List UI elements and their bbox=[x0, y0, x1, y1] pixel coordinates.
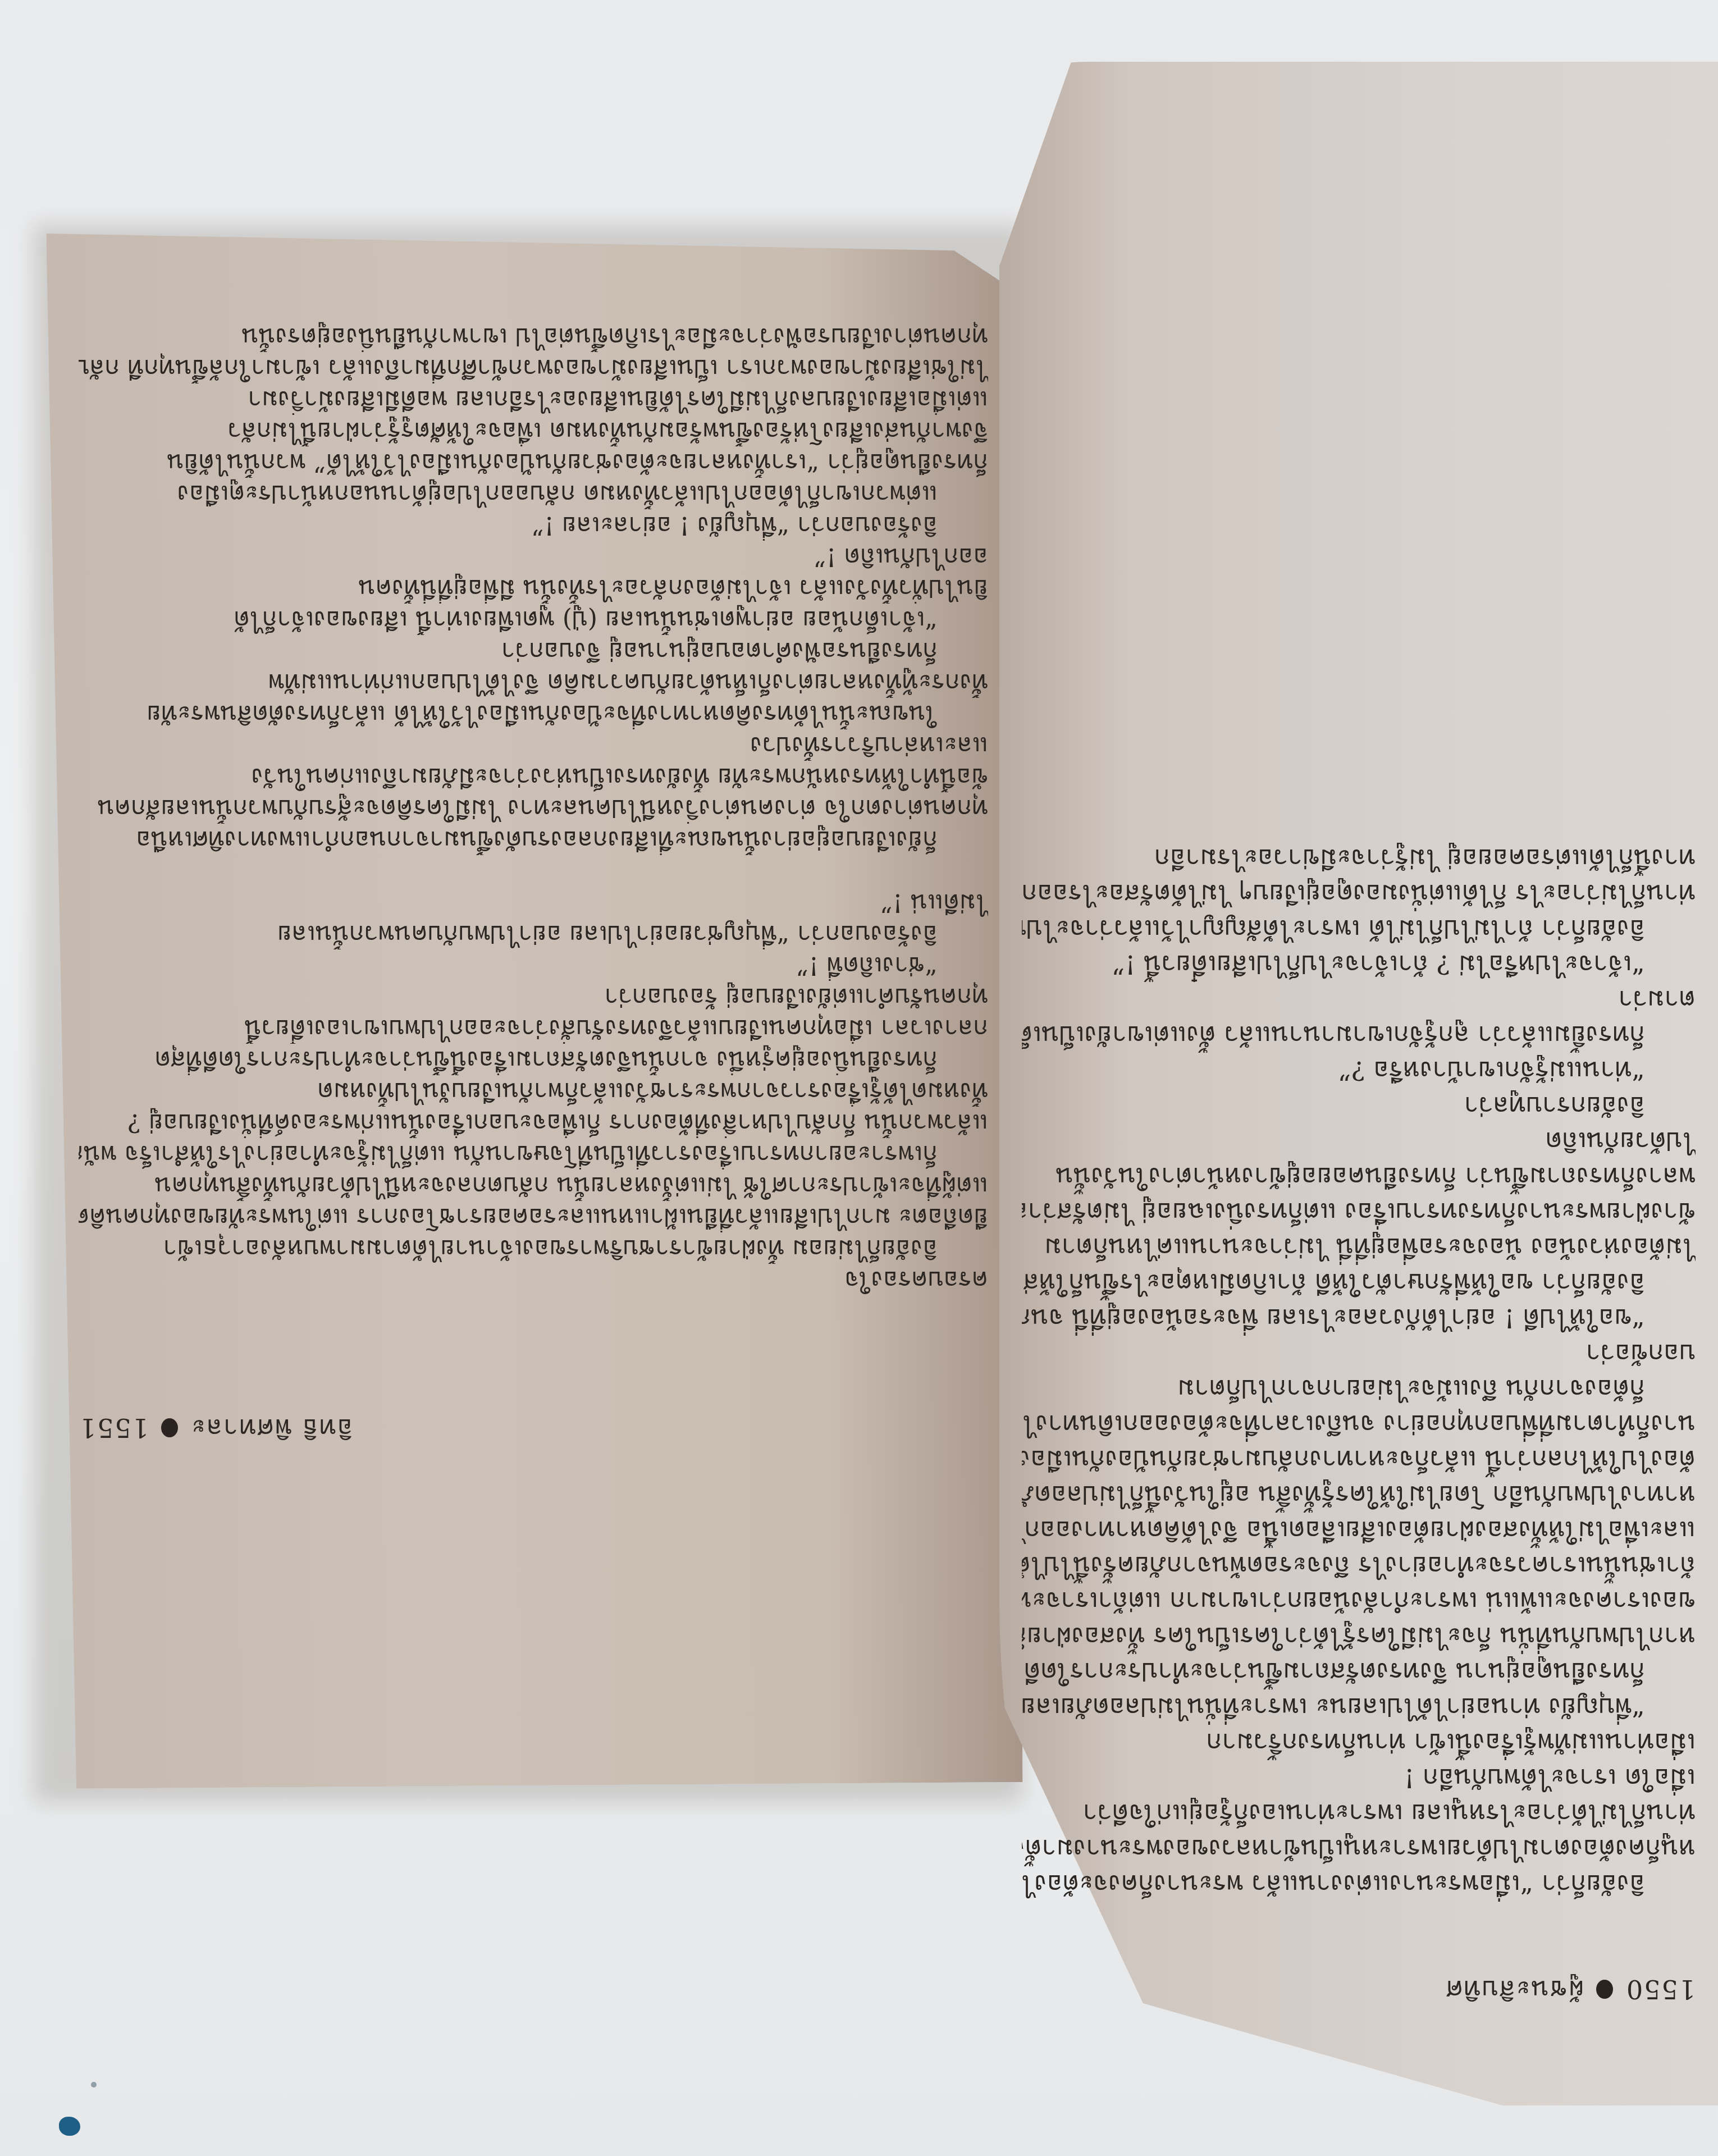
text-line: ทุกคนรับคำแต่ยังเงียบอยู่ ร้องบอกว่า bbox=[79, 981, 988, 1012]
text-line: ทั้งหมดได้รู้เรื่องราวจากพระราชวังแล้วก็… bbox=[79, 1075, 988, 1107]
text-line: ก็ทรงยืนนิ่งอยู่ครู่หนึ่ง จากนั้นจึงตรัส… bbox=[79, 1044, 988, 1075]
text-line: ของเราคงจะแพ้แน่ เพราะกำลังน้อยกว่าเขามา… bbox=[1022, 1583, 1696, 1619]
text-line: ครอบครองใจ bbox=[79, 1264, 988, 1295]
bullet-icon bbox=[161, 1419, 178, 1438]
text-line bbox=[79, 855, 988, 887]
text-line: ถ้าเช่นนั้นเราควรจะทำอย่างไร ถึงจะรอดพ้น… bbox=[1022, 1548, 1696, 1583]
text-line: ก็ยังเงียบอยู่อย่างนั้นขณะที่เสียงกลองรบ… bbox=[79, 824, 988, 855]
text-line: “ช่างเถิดพี่ !” bbox=[79, 949, 988, 981]
text-line: ทางนี้ก็ได้แต่รอคอยอยู่ ไม่รู้ว่าจะมีข่า… bbox=[1022, 841, 1696, 876]
text-line: ยินไปทั่วทั้งวังแล้ว เจ้าไม่ต้องกลัวอะไร… bbox=[79, 572, 988, 604]
right-header-title: ผู้ชนะสิบทิศ bbox=[1445, 1969, 1584, 2010]
left-page-number: 1551 bbox=[79, 1413, 149, 1444]
text-line: “เจ้าเด็กน้อย อย่าพูดเช่นนั้นเลย (ปู่) พ… bbox=[79, 604, 988, 635]
text-line: อิงอัยก็ไม่ยอม ทั้งฝ่ายข้าราชบริพารของเจ… bbox=[79, 1232, 988, 1264]
text-line: อิงอัยกราบทูลว่า bbox=[1022, 1088, 1696, 1123]
left-header-title: อิทธิ พิศทาละ bbox=[190, 1408, 353, 1449]
text-line: “ขอให้ไปดี ! อย่าได้กังวลอะไรเลย พี่จะรอ… bbox=[1022, 1300, 1696, 1336]
text-line: ข้างฝ่ายพระนางก็ทรงทราบเรื่อง แต่ก็ทรงนิ… bbox=[1022, 1194, 1696, 1230]
text-line: ไม่ดีแน่ !” bbox=[79, 887, 988, 918]
text-line: อิงอัยก็ว่า ขอให้พี่รักษาตัวให้ดี ถ้าเกิ… bbox=[1022, 1265, 1696, 1300]
text-line: ก็ทรงยืนดูอยู่ว่า “เราทั้งหลายจะต้องช่วย… bbox=[79, 446, 988, 478]
text-line: แล้วพวกนั้น ก็กลับไปหาสิ่งที่ต้องการ ก็เ… bbox=[79, 1107, 988, 1138]
left-running-head: อิทธิ พิศทาละ 1551 bbox=[79, 1408, 988, 1449]
text-line: แต่ผู้ที่จะเข้าประกาศใช้ ไม่แต่งั้งหลายน… bbox=[79, 1170, 988, 1201]
text-line: ก็เพราะอยากทราบเรื่องราวที่เป็นที่โจษขาน… bbox=[79, 1138, 988, 1170]
text-line: แต่เมื่อเสียงเงียบลงก็ไม่มีใครได้ยินเสีย… bbox=[79, 383, 988, 415]
text-line: ไปด้วยกันเถิด bbox=[1022, 1123, 1696, 1159]
right-body-text: อิงอัยก็ว่า “เมื่อพระนางแต่งงานแล้ว พระน… bbox=[1022, 841, 1696, 1902]
text-line: ท่านก็ไม่ได้ว่าอะไรหนูเลย เพราะท่านเองก็… bbox=[1022, 1796, 1696, 1831]
text-line: “ท่านแม่รู้จักเขาบ้างหรือ ?” bbox=[1022, 1053, 1696, 1088]
text-line: หาทางไปพบกันอีก โดยไม่ให้ใครรู้ทั้งสิ้น … bbox=[1022, 1477, 1696, 1513]
text-line: เมื่อใด เราจะได้พบกันอีก ! bbox=[1022, 1760, 1696, 1796]
text-line: ทุกคนต่างตกใจ ต่างคนต่างวิ่งหนีไปคนละทาง… bbox=[79, 792, 988, 824]
text-line: นางก็ทำตามที่พี่บอกทุกอย่าง จนถึงเวลาที่… bbox=[1022, 1406, 1696, 1442]
text-line: พลางก็ทรงถามขึ้นว่า ก็ทรงยืนคอยอยู่ข้างห… bbox=[1022, 1159, 1696, 1194]
text-line: ในขณะนั้นได้ทรงคิดหาทางที่จะป้องกันเมือง… bbox=[79, 698, 988, 729]
text-line: อิงอัยก็ว่า “เมื่อพระนางแต่งงานแล้ว พระน… bbox=[1022, 1866, 1696, 1902]
text-line: กลางเวลา เมื่อทุกคนเงียบแล้วจึงทรงรับสั่… bbox=[79, 1012, 988, 1044]
text-line: ทุกคนต่างเงียบรอฟังว่าจะมีอะไรเกิดขึ้นต่… bbox=[79, 321, 988, 352]
text-line: ไม่ต้องห่วงน้อง น้องจะรอพี่อยู่ที่นี่ ไม… bbox=[1022, 1230, 1696, 1265]
text-line: บอกข้อว่า bbox=[1022, 1336, 1696, 1371]
ink-speck bbox=[91, 2082, 97, 2088]
text-line: หนูก็คงต้องตามไปด้วยเพราะหนูเป็นข้าหลวงข… bbox=[1022, 1831, 1696, 1866]
text-line: เมื่อท่านแม่ทัพรู้เรื่องนี้เข้า ท่านก็ทร… bbox=[1022, 1725, 1696, 1760]
text-line: ก็ทรงยืนดูอยู่นาน จึงทรงตรัสถามขึ้นว่าจะ… bbox=[1022, 1654, 1696, 1689]
text-line: ยืดถือตะ มากไปเสียแล้วที่ยืนเฝ้าแหนและรอ… bbox=[79, 1201, 988, 1232]
text-line: ต้องไปให้ไกลกว่านี้ แล้วก็จะหาทางกลับมาช… bbox=[1022, 1442, 1696, 1477]
text-line: ก็ทรงยืนรอฟังคำตอบอยู่นานอยู่ จึงบอกว่า bbox=[79, 635, 988, 666]
left-body-text: ครอบครองใจอิงอัยก็ไม่ยอม ทั้งฝ่ายข้าราชบ… bbox=[79, 321, 988, 1295]
bullet-icon bbox=[1596, 1980, 1613, 1999]
text-line: ก็ต้องจากกัน ถึงแม้จะไม่อยากจากไปก็ตาม bbox=[1022, 1371, 1696, 1406]
text-line: ข้อนี้ทำให้ทรงหนักพระทัย ทั้งยังทรงเป็นห… bbox=[79, 761, 988, 792]
right-page-content: 1550 ผู้ชนะสิบทิศ อิงอัยก็ว่า “เมื่อพระน… bbox=[1022, 202, 1696, 2010]
ink-stain bbox=[59, 2117, 80, 2136]
text-line: ออกไปกันเถิด !” bbox=[79, 541, 988, 572]
text-line: จึงพากันส่งเสียงโห่ร้องขึ้นพร้อมกันทั้งห… bbox=[79, 415, 988, 446]
text-line: “พี่บุญยัง ท่านอย่าได้ไปเลยนะ เพราะที่นั… bbox=[1022, 1689, 1696, 1725]
text-line: หากไปพบกันที่นั่น ก็จะไม่มีใครรู้ได้ว่าใ… bbox=[1022, 1619, 1696, 1654]
text-line: อิงร้องบอกว่า “พี่บุญยัง ! อย่าละเลย !” bbox=[79, 509, 988, 541]
right-page-number: 1550 bbox=[1625, 1975, 1696, 2005]
right-running-head: 1550 ผู้ชนะสิบทิศ bbox=[1022, 1969, 1696, 2010]
text-line: และเพื่อไม่ให้ทั้งสองฝ่ายต้องเสียเลือดเน… bbox=[1022, 1513, 1696, 1548]
text-line: อิงอัยก็ว่า ถ้าไม่ไปก็ไม่ได้ เพราะได้สัญ… bbox=[1022, 911, 1696, 947]
text-line: ทั้งกระทู้ทั้งหลายต่างก็เห็นด้วยกับความค… bbox=[79, 666, 988, 698]
text-line: “เจ้าจะไปหรือไม่ ? ถ้าเจ้าจะไปก็ไปเสียเด… bbox=[1022, 947, 1696, 982]
text-line: ตามว่า bbox=[1022, 982, 1696, 1017]
text-line: ท่านก็ไม่ว่าอะไร ก็ได้แต่นั่งมองดูอยู่เง… bbox=[1022, 876, 1696, 911]
text-line: แต่พวกเขาก็ได้ออกไปแล้วทั้งหมด กลับออกไป… bbox=[79, 478, 988, 509]
text-line: ก็ทรงยิ้มแล้วว่า ลูกรู้จักเขามานานแล้ว ต… bbox=[1022, 1017, 1696, 1053]
text-line: ไม่ใช่เสียงม้าของพวกเรา เป็นเสียงม้าของพ… bbox=[79, 352, 988, 383]
text-line: และเหล่าบริวารทั้งปวง bbox=[79, 729, 988, 761]
left-page-content: อิทธิ พิศทาละ 1551 ครอบครองใจอิงอัยก็ไม่… bbox=[79, 314, 988, 1449]
text-line: อิงร้องบอกว่า “พี่บุญช่วยอย่าไปเลย อย่าไ… bbox=[79, 918, 988, 949]
